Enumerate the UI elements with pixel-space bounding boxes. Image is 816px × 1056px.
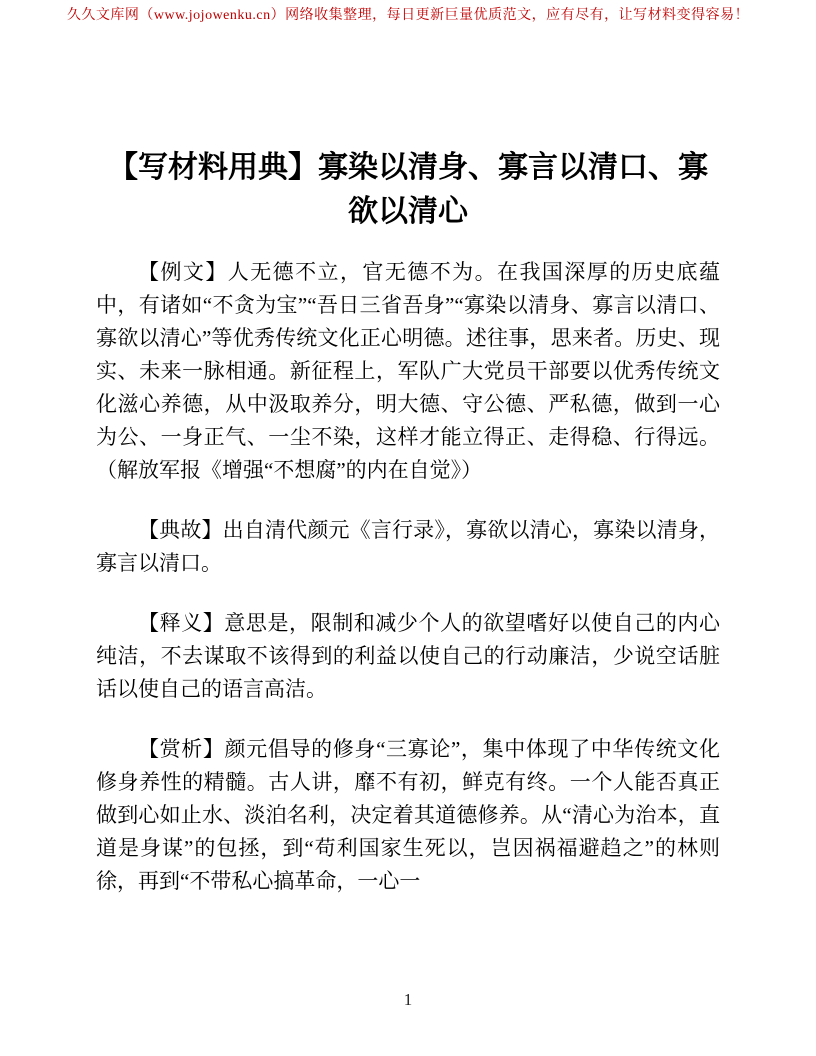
document-page: 久久文库网（www.jojowenku.cn）网络收集整理，每日更新巨量优质范文… [0,0,816,1056]
paragraph-allusion: 【典故】出自清代颜元《言行录》，寡欲以清心，寡染以清身，寡言以清口。 [96,514,720,580]
paragraph-example-text: 【例文】人无德不立，官无德不为。在我国深厚的历史底蕴中，有诸如“不贪为宝”“吾日… [96,256,720,487]
document-body: 【例文】人无德不立，官无德不为。在我国深厚的历史底蕴中，有诸如“不贪为宝”“吾日… [96,234,720,898]
page-number: 1 [0,990,816,1010]
paragraph-definition: 【释义】意思是，限制和减少个人的欲望嗜好以使自己的内心纯洁，不去谋取不该得到的利… [96,607,720,706]
watermark-header: 久久文库网（www.jojowenku.cn）网络收集整理，每日更新巨量优质范文… [0,7,816,25]
document-content: 【写材料用典】寡染以清身、寡言以清口、寡欲以清心 【例文】人无德不立，官无德不为… [0,0,816,898]
paragraph-appreciation: 【赏析】颜元倡导的修身“三寡论”，集中体现了中华传统文化修身养性的精髓。古人讲，… [96,733,720,898]
document-title: 【写材料用典】寡染以清身、寡言以清口、寡欲以清心 [96,0,720,234]
